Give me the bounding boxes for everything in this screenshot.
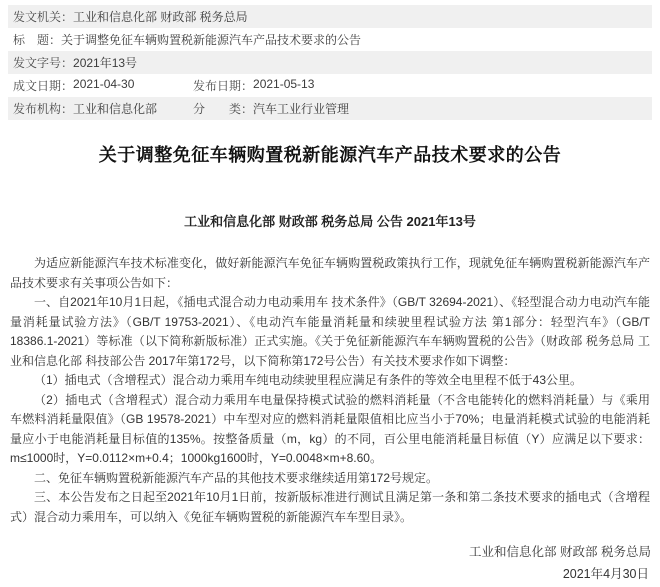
publish-agency-value: 工业和信息化部	[73, 100, 157, 117]
category-value: 汽车工业行业管理	[253, 100, 349, 117]
body-paragraph: 三、本公告发布之日起至2021年10月1日前，按新版标准进行测试且满足第一条和第…	[10, 488, 650, 527]
body-paragraph: 二、免征车辆购置税新能源汽车产品的其他技术要求继续适用第172号规定。	[10, 469, 650, 489]
document-subtitle: 工业和信息化部 财政部 税务总局 公告 2021年13号	[0, 211, 660, 230]
document-number-label: 发文字号：	[13, 54, 73, 71]
document-number-value: 2021年13号	[73, 54, 137, 71]
title-row-value: 关于调整免征车辆购置税新能源汽车产品技术要求的公告	[61, 31, 361, 48]
written-date-cell: 成文日期： 2021-04-30	[13, 77, 193, 94]
publish-date-cell: 发布日期： 2021-05-13	[193, 77, 314, 94]
issuing-agency-value: 工业和信息化部 财政部 税务总局	[73, 8, 248, 25]
body-paragraph: 为适应新能源汽车技术标准变化，做好新能源汽车免征车辆购置税政策执行工作，现就免征…	[10, 254, 650, 293]
document-page: 发文机关： 工业和信息化部 财政部 税务总局 标 题： 关于调整免征车辆购置税新…	[0, 0, 660, 587]
meta-row-issuing-agency: 发文机关： 工业和信息化部 财政部 税务总局	[8, 5, 652, 28]
document-metadata-table: 发文机关： 工业和信息化部 财政部 税务总局 标 题： 关于调整免征车辆购置税新…	[8, 5, 652, 120]
document-body: 为适应新能源汽车技术标准变化，做好新能源汽车免征车辆购置税政策执行工作，现就免征…	[10, 254, 650, 527]
meta-row-agency-category: 发布机构： 工业和信息化部 分 类： 汽车工业行业管理	[8, 97, 652, 120]
body-paragraph: （2）插电式（含增程式）混合动力乘用车电量保持模式试验的燃料消耗量（不含电能转化…	[10, 391, 650, 469]
body-paragraph: （1）插电式（含增程式）混合动力乘用车纯电动续驶里程应满足有条件的等效全电里程不…	[10, 371, 650, 391]
signature-date: 2021年4月30日	[0, 563, 660, 585]
publish-agency-cell: 发布机构： 工业和信息化部	[13, 100, 193, 117]
signature-agency: 工业和信息化部 财政部 税务总局	[0, 541, 660, 563]
written-date-label: 成文日期：	[13, 77, 73, 94]
meta-row-document-number: 发文字号： 2021年13号	[8, 51, 652, 74]
meta-row-title: 标 题： 关于调整免征车辆购置税新能源汽车产品技术要求的公告	[8, 28, 652, 51]
body-paragraph: 一、自2021年10月1日起，《插电式混合动力电动乘用车 技术条件》（GB/T …	[10, 293, 650, 371]
page-title: 关于调整免征车辆购置税新能源汽车产品技术要求的公告	[0, 141, 660, 167]
title-row-label: 标 题：	[13, 31, 61, 48]
issuing-agency-label: 发文机关：	[13, 8, 73, 25]
signature-block: 工业和信息化部 财政部 税务总局 2021年4月30日	[0, 541, 660, 585]
category-label: 分 类：	[193, 100, 253, 117]
publish-agency-label: 发布机构：	[13, 100, 73, 117]
meta-row-dates: 成文日期： 2021-04-30 发布日期： 2021-05-13	[8, 74, 652, 97]
written-date-value: 2021-04-30	[73, 77, 134, 94]
publish-date-label: 发布日期：	[193, 77, 253, 94]
publish-date-value: 2021-05-13	[253, 77, 314, 94]
category-cell: 分 类： 汽车工业行业管理	[193, 100, 349, 117]
